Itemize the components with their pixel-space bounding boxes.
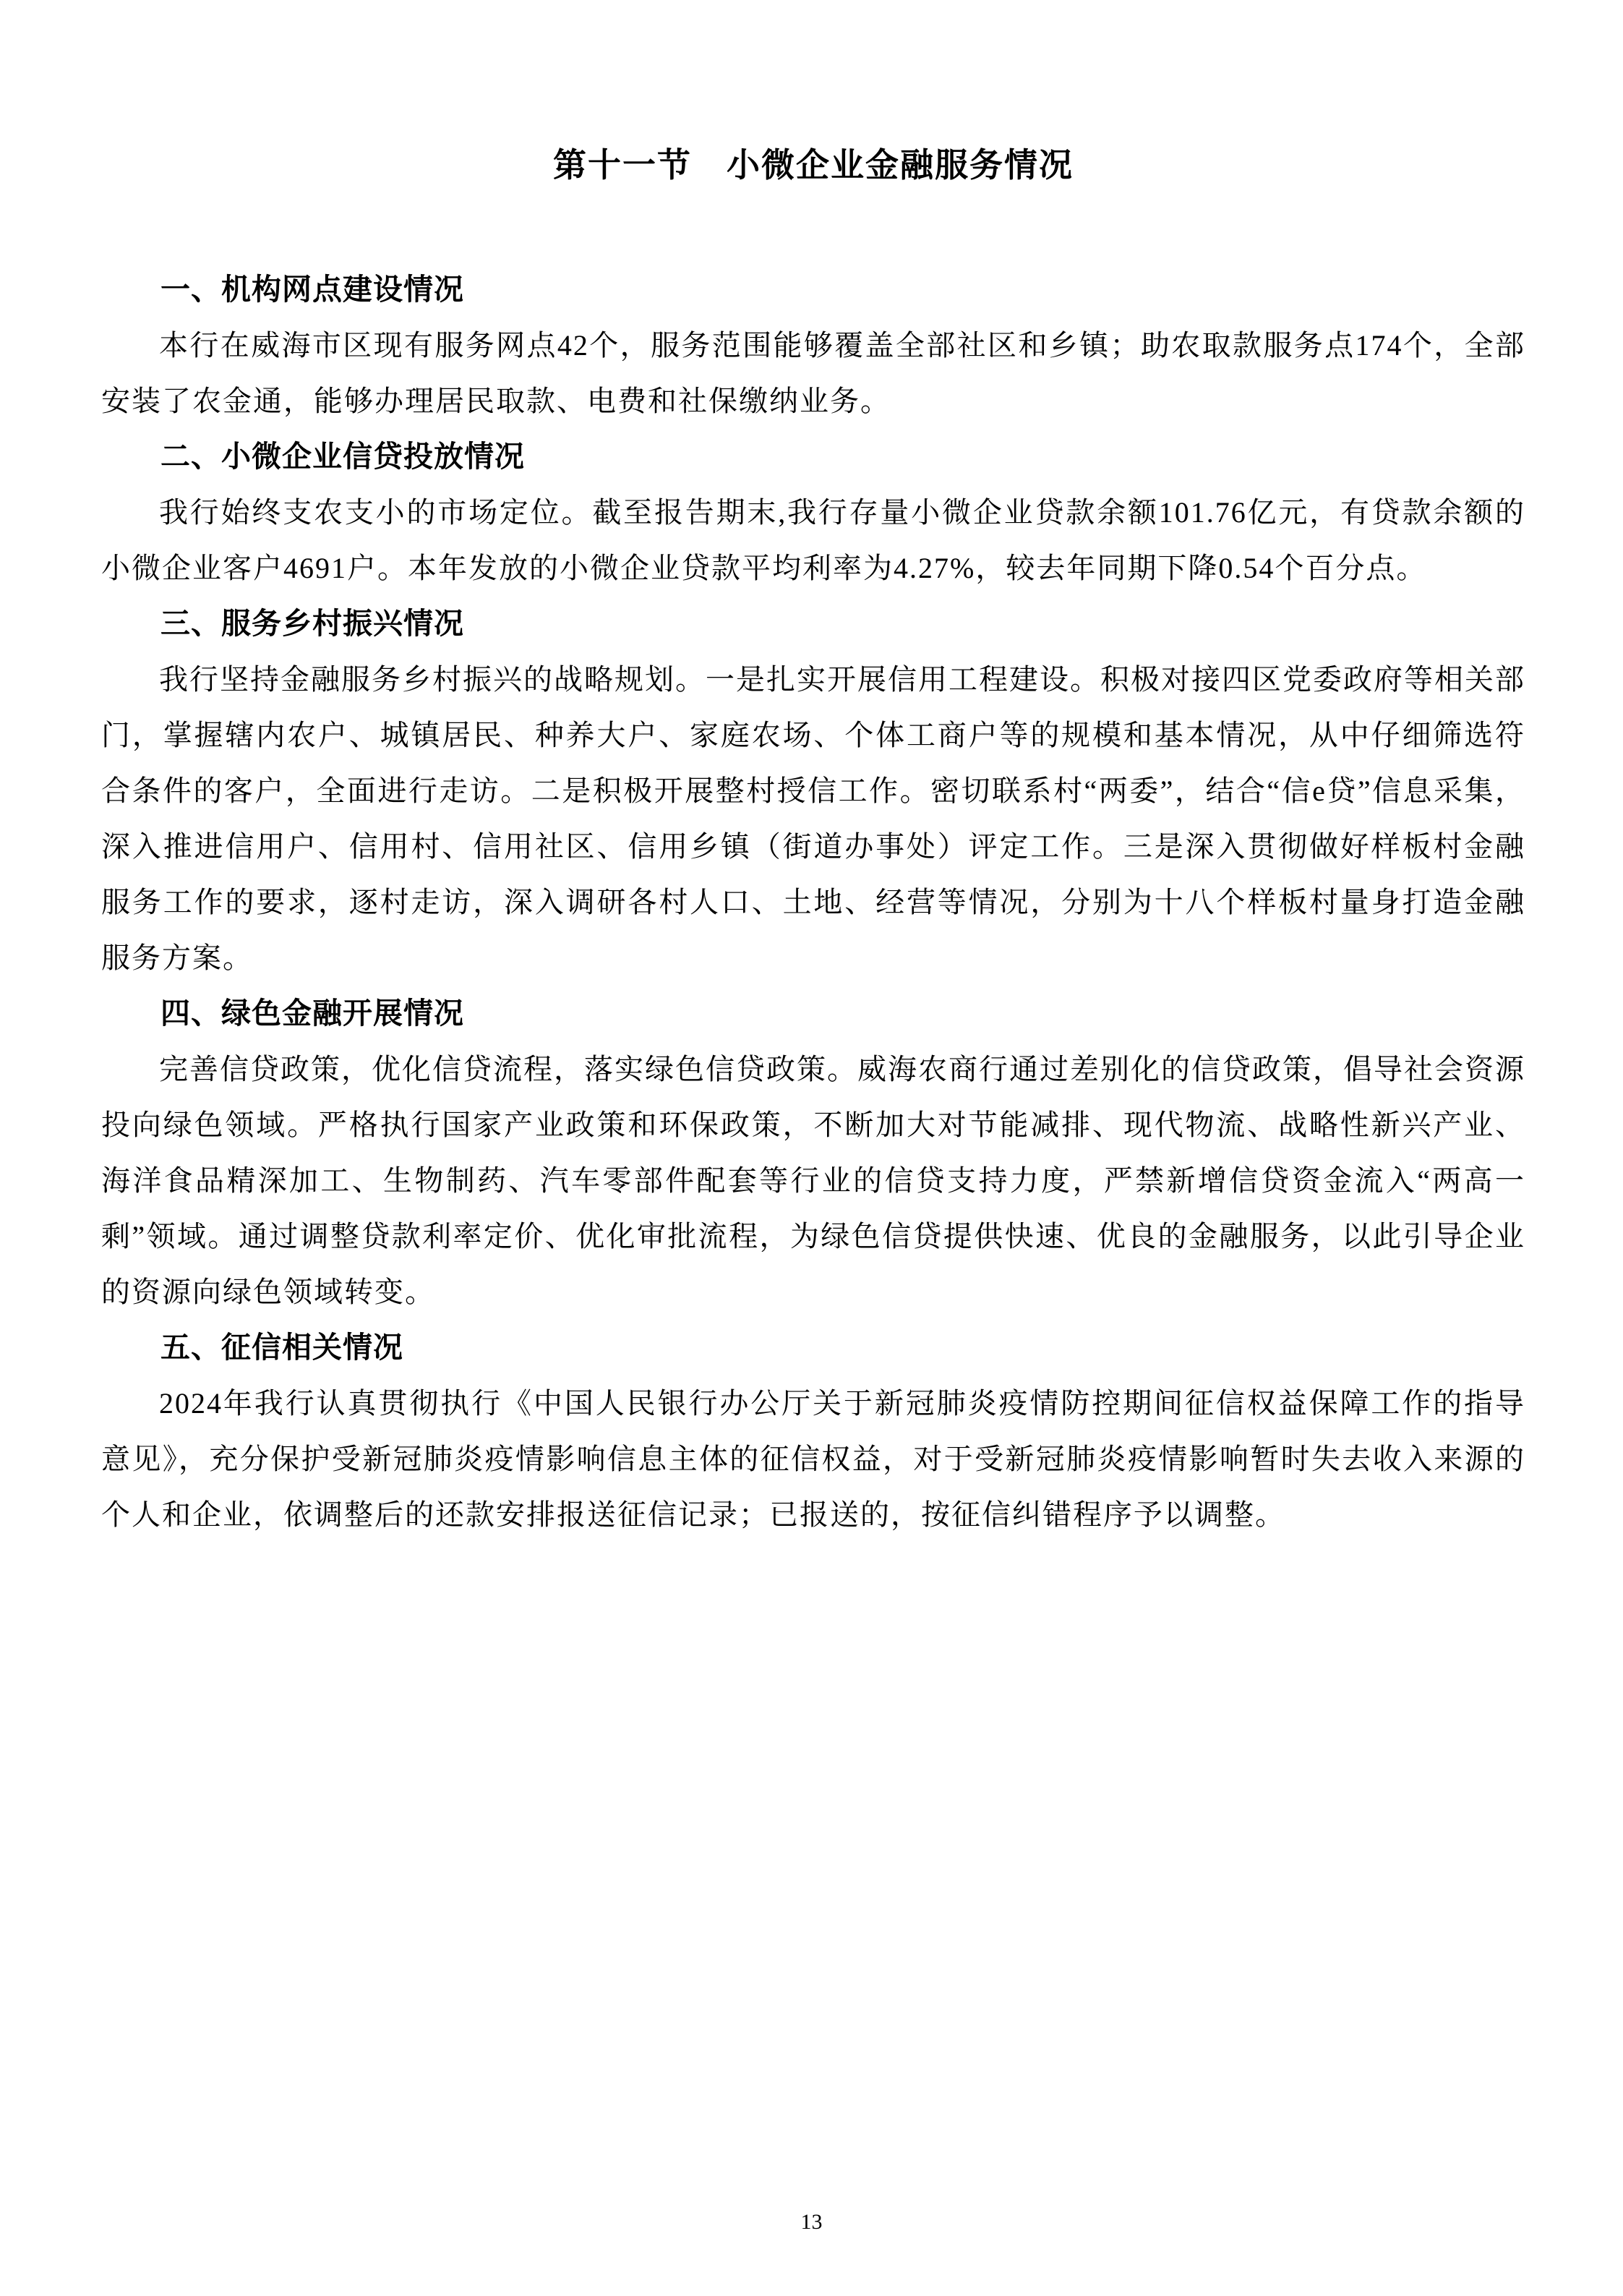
page-title: 第十一节 小微企业金融服务情况 [101,137,1525,193]
section-branch-network: 一、机构网点建设情况 本行在威海市区现有服务网点42个，服务范围能够覆盖全部社区… [101,262,1525,429]
section-paragraph-branch-network: 本行在威海市区现有服务网点42个，服务范围能够覆盖全部社区和乡镇；助农取款服务点… [101,317,1525,429]
section-credit-issuance: 二、小微企业信贷投放情况 我行始终支农支小的市场定位。截至报告期末,我行存量小微… [101,429,1525,596]
page-number: 13 [801,2210,823,2234]
page-footer: 13 [0,2210,1623,2235]
section-heading-rural-revitalization: 三、服务乡村振兴情况 [101,596,1525,652]
section-paragraph-credit-issuance: 我行始终支农支小的市场定位。截至报告期末,我行存量小微企业贷款余额101.76亿… [101,485,1525,596]
document-page: 第十一节 小微企业金融服务情况 一、机构网点建设情况 本行在威海市区现有服务网点… [0,0,1623,2296]
section-heading-branch-network: 一、机构网点建设情况 [101,262,1525,317]
section-rural-revitalization: 三、服务乡村振兴情况 我行坚持金融服务乡村振兴的战略规划。一是扎实开展信用工程建… [101,596,1525,986]
section-green-finance: 四、绿色金融开展情况 完善信贷政策，优化信贷流程，落实绿色信贷政策。威海农商行通… [101,986,1525,1320]
section-paragraph-rural-revitalization: 我行坚持金融服务乡村振兴的战略规划。一是扎实开展信用工程建设。积极对接四区党委政… [101,652,1525,986]
section-heading-credit-reporting: 五、征信相关情况 [101,1320,1525,1375]
section-heading-green-finance: 四、绿色金融开展情况 [101,986,1525,1041]
section-heading-credit-issuance: 二、小微企业信贷投放情况 [101,429,1525,485]
section-credit-reporting: 五、征信相关情况 2024年我行认真贯彻执行《中国人民银行办公厅关于新冠肺炎疫情… [101,1320,1525,1542]
section-paragraph-green-finance: 完善信贷政策，优化信贷流程，落实绿色信贷政策。威海农商行通过差别化的信贷政策，倡… [101,1041,1525,1320]
section-paragraph-credit-reporting: 2024年我行认真贯彻执行《中国人民银行办公厅关于新冠肺炎疫情防控期间征信权益保… [101,1375,1525,1542]
